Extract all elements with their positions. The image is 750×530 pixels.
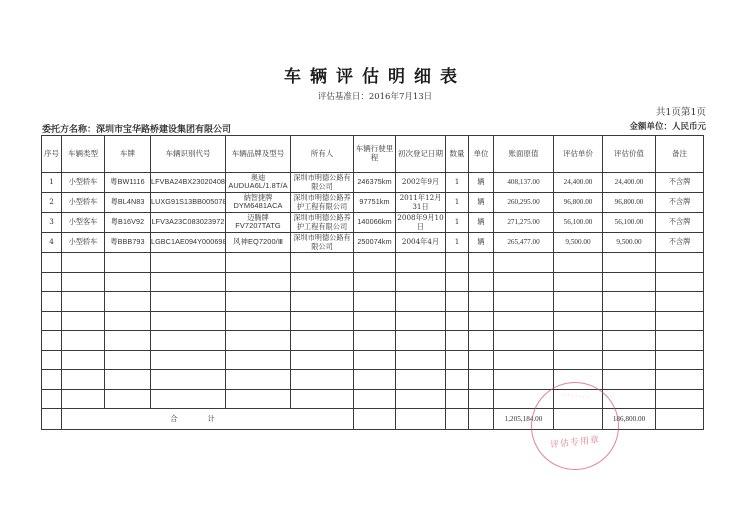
empty-cell <box>446 331 469 351</box>
empty-cell <box>291 311 354 331</box>
empty-row <box>42 253 704 273</box>
cell-unit-price: 9,500.00 <box>554 233 603 253</box>
empty-cell <box>62 331 105 351</box>
cell-mileage: 97751km <box>354 193 396 213</box>
empty-cell <box>226 350 291 370</box>
empty-cell <box>656 272 704 292</box>
column-header: 车辆品牌及型号 <box>226 136 291 173</box>
empty-cell <box>226 272 291 292</box>
column-header: 备注 <box>656 136 704 173</box>
base-date: 评估基准日：2016年7月13日 <box>0 90 750 102</box>
table-row: 3小型客车粤B16V92LFV3A23C083023972迈腾牌FV7207TA… <box>42 213 704 233</box>
total-qty <box>446 409 469 430</box>
empty-cell <box>354 331 396 351</box>
empty-cell <box>105 272 151 292</box>
empty-cell <box>446 350 469 370</box>
column-header: 初次登记日期 <box>396 136 446 173</box>
base-date-value: 2016年7月13日 <box>369 92 432 102</box>
cell-brand: 納智捷牌DYM6481ACA <box>226 193 291 213</box>
table-row: 2小型轿车粤BL4N83LUXG91S13BB005078納智捷牌DYM6481… <box>42 193 704 213</box>
empty-cell <box>396 311 446 331</box>
empty-cell <box>446 389 469 409</box>
cell-no: 4 <box>42 233 62 253</box>
empty-cell <box>226 292 291 312</box>
cell-vin: LUXG91S13BB005078 <box>151 193 226 213</box>
empty-cell <box>446 272 469 292</box>
currency-unit: 金额单位：人民币元 <box>629 120 706 132</box>
document-title: 车辆评估明细表 <box>0 62 750 87</box>
cell-book-value: 408,137.00 <box>494 173 554 193</box>
total-remark <box>656 409 704 430</box>
empty-cell <box>226 311 291 331</box>
empty-cell <box>396 253 446 273</box>
cell-qty: 1 <box>446 233 469 253</box>
empty-row <box>42 350 704 370</box>
empty-cell <box>656 370 704 390</box>
empty-cell <box>656 292 704 312</box>
total-reg-date <box>396 409 446 430</box>
cell-unit-price: 56,100.00 <box>554 213 603 233</box>
empty-cell <box>291 350 354 370</box>
empty-cell <box>151 272 226 292</box>
empty-cell <box>603 253 656 273</box>
total-unit <box>469 409 494 430</box>
empty-cell <box>469 389 494 409</box>
empty-cell <box>494 370 554 390</box>
empty-cell <box>105 370 151 390</box>
cell-book-value: 271,275.00 <box>494 213 554 233</box>
cell-unit: 辆 <box>469 193 494 213</box>
empty-cell <box>62 389 105 409</box>
empty-cell <box>554 272 603 292</box>
empty-cell <box>151 311 226 331</box>
cell-reg-date: 2008年9月10日 <box>396 213 446 233</box>
empty-cell <box>354 272 396 292</box>
empty-cell <box>554 253 603 273</box>
empty-cell <box>469 370 494 390</box>
vehicle-appraisal-table: 序号车辆类型车牌车辆识别代号车辆品牌及型号所有人车辆行驶里程初次登记日期数量单位… <box>41 135 704 430</box>
empty-cell <box>226 389 291 409</box>
cell-appraised-value: 96,800.00 <box>603 193 656 213</box>
column-header: 所有人 <box>291 136 354 173</box>
empty-cell <box>494 292 554 312</box>
cell-plate: 粤BW1116 <box>105 173 151 193</box>
empty-cell <box>603 370 656 390</box>
empty-cell <box>291 272 354 292</box>
cell-vin: LFVBA24BX23020408 <box>151 173 226 193</box>
column-header: 账面原值 <box>494 136 554 173</box>
empty-cell <box>42 292 62 312</box>
empty-cell <box>469 272 494 292</box>
empty-cell <box>469 350 494 370</box>
empty-cell <box>494 350 554 370</box>
cell-remark: 不含牌 <box>656 213 704 233</box>
client-value: 深圳市宝华路桥建设集团有限公司 <box>96 125 231 135</box>
brand-model: FV7207TATG <box>226 222 290 231</box>
empty-cell <box>396 292 446 312</box>
cell-brand: 风神EQ7200/Ⅲ <box>226 233 291 253</box>
empty-cell <box>603 292 656 312</box>
total-blank-no <box>42 409 62 430</box>
empty-cell <box>105 253 151 273</box>
brand-model: 风神EQ7200/Ⅲ <box>226 238 290 247</box>
empty-cell <box>554 292 603 312</box>
table-row: 4小型轿车粤BBB793LGBC1AE094Y000698风神EQ7200/Ⅲ深… <box>42 233 704 253</box>
table-row: 1小型轿车粤BW1116LFVBA24BX23020408奥迪AUDUA6L/1… <box>42 173 704 193</box>
cell-brand: 迈腾牌FV7207TATG <box>226 213 291 233</box>
cell-unit: 辆 <box>469 173 494 193</box>
empty-cell <box>291 389 354 409</box>
empty-cell <box>656 253 704 273</box>
empty-cell <box>396 272 446 292</box>
cell-owner: 深圳市明德公路养护工程有限公司 <box>291 213 354 233</box>
empty-cell <box>62 292 105 312</box>
empty-cell <box>656 311 704 331</box>
empty-cell <box>151 389 226 409</box>
empty-cell <box>469 292 494 312</box>
empty-cell <box>151 331 226 351</box>
empty-cell <box>494 311 554 331</box>
cell-appraised-value: 56,100.00 <box>603 213 656 233</box>
empty-cell <box>446 253 469 273</box>
cell-vin: LFV3A23C083023972 <box>151 213 226 233</box>
empty-cell <box>603 311 656 331</box>
empty-cell <box>446 370 469 390</box>
empty-row <box>42 331 704 351</box>
column-header: 单位 <box>469 136 494 173</box>
column-header: 车辆类型 <box>62 136 105 173</box>
empty-cell <box>291 292 354 312</box>
empty-cell <box>603 350 656 370</box>
empty-cell <box>469 253 494 273</box>
client-name: 委托方名称：深圳市宝华路桥建设集团有限公司 <box>42 122 231 135</box>
cell-unit-price: 24,400.00 <box>554 173 603 193</box>
empty-cell <box>105 311 151 331</box>
empty-cell <box>554 311 603 331</box>
empty-cell <box>396 350 446 370</box>
total-label: 合计 <box>62 409 354 430</box>
column-header: 评估单价 <box>554 136 603 173</box>
empty-cell <box>291 331 354 351</box>
empty-cell <box>42 370 62 390</box>
cell-type: 小型轿车 <box>62 233 105 253</box>
cell-remark: 不含牌 <box>656 173 704 193</box>
cell-unit-price: 96,800.00 <box>554 193 603 213</box>
cell-type: 小型客车 <box>62 213 105 233</box>
seal-arc-text: · · · · · · · <box>546 389 606 404</box>
empty-cell <box>226 370 291 390</box>
cell-unit: 辆 <box>469 233 494 253</box>
cell-plate: 粤B16V92 <box>105 213 151 233</box>
cell-appraised-value: 9,500.00 <box>603 233 656 253</box>
column-header: 序号 <box>42 136 62 173</box>
cell-book-value: 265,477.00 <box>494 233 554 253</box>
table-header-row: 序号车辆类型车牌车辆识别代号车辆品牌及型号所有人车辆行驶里程初次登记日期数量单位… <box>42 136 704 173</box>
empty-cell <box>226 253 291 273</box>
empty-cell <box>42 331 62 351</box>
empty-row <box>42 292 704 312</box>
empty-cell <box>105 350 151 370</box>
empty-cell <box>42 311 62 331</box>
cell-qty: 1 <box>446 193 469 213</box>
empty-cell <box>494 253 554 273</box>
empty-cell <box>62 253 105 273</box>
empty-cell <box>105 389 151 409</box>
empty-cell <box>354 370 396 390</box>
cell-qty: 1 <box>446 213 469 233</box>
empty-cell <box>656 350 704 370</box>
empty-cell <box>62 370 105 390</box>
empty-cell <box>42 253 62 273</box>
cell-reg-date: 2011年12月31日 <box>396 193 446 213</box>
empty-cell <box>396 370 446 390</box>
empty-cell <box>105 292 151 312</box>
cell-owner: 深圳市明德公路有限公司 <box>291 233 354 253</box>
cell-no: 2 <box>42 193 62 213</box>
empty-cell <box>105 331 151 351</box>
empty-cell <box>446 292 469 312</box>
empty-cell <box>554 331 603 351</box>
cell-brand: 奥迪AUDUA6L/1.8T/A <box>226 173 291 193</box>
page-info: 共1页第1页 <box>656 104 706 118</box>
empty-cell <box>469 311 494 331</box>
empty-row <box>42 311 704 331</box>
cell-type: 小型轿车 <box>62 193 105 213</box>
empty-cell <box>62 272 105 292</box>
cell-book-value: 260,295.00 <box>494 193 554 213</box>
cell-appraised-value: 24,400.00 <box>603 173 656 193</box>
cell-mileage: 140066km <box>354 213 396 233</box>
column-header: 数量 <box>446 136 469 173</box>
cell-qty: 1 <box>446 173 469 193</box>
empty-cell <box>603 331 656 351</box>
empty-cell <box>62 311 105 331</box>
empty-cell <box>354 311 396 331</box>
empty-cell <box>469 331 494 351</box>
empty-cell <box>603 272 656 292</box>
column-header: 评估价值 <box>603 136 656 173</box>
empty-row <box>42 370 704 390</box>
cell-plate: 粤BL4N83 <box>105 193 151 213</box>
empty-cell <box>354 253 396 273</box>
cell-remark: 不含牌 <box>656 233 704 253</box>
empty-cell <box>151 350 226 370</box>
cell-no: 3 <box>42 213 62 233</box>
cell-type: 小型轿车 <box>62 173 105 193</box>
appraisal-seal: · · · · · · · 评估专用章 <box>531 382 619 470</box>
cell-owner: 深圳市明德公路有限公司 <box>291 173 354 193</box>
cell-mileage: 246375km <box>354 173 396 193</box>
empty-cell <box>354 389 396 409</box>
empty-cell <box>494 272 554 292</box>
empty-cell <box>656 331 704 351</box>
empty-cell <box>42 389 62 409</box>
brand-model: DYM6481ACA <box>226 202 290 211</box>
cell-remark: 不含牌 <box>656 193 704 213</box>
cell-plate: 粤BBB793 <box>105 233 151 253</box>
cell-reg-date: 2002年9月 <box>396 173 446 193</box>
cell-reg-date: 2004年4月 <box>396 233 446 253</box>
empty-cell <box>494 331 554 351</box>
total-mileage <box>354 409 396 430</box>
empty-cell <box>446 311 469 331</box>
cell-vin: LGBC1AE094Y000698 <box>151 233 226 253</box>
empty-cell <box>291 370 354 390</box>
column-header: 车牌 <box>105 136 151 173</box>
cell-no: 1 <box>42 173 62 193</box>
column-header: 车辆行驶里程 <box>354 136 396 173</box>
column-header: 车辆识别代号 <box>151 136 226 173</box>
client-label: 委托方名称： <box>42 125 96 135</box>
empty-cell <box>656 389 704 409</box>
base-date-label: 评估基准日： <box>318 92 369 102</box>
empty-cell <box>42 272 62 292</box>
seal-text: 评估专用章 <box>532 431 619 453</box>
empty-cell <box>226 331 291 351</box>
empty-cell <box>42 350 62 370</box>
cell-mileage: 250074km <box>354 233 396 253</box>
empty-cell <box>554 350 603 370</box>
empty-row <box>42 272 704 292</box>
cell-owner: 深圳市明德公路养护工程有限公司 <box>291 193 354 213</box>
empty-cell <box>396 331 446 351</box>
cell-unit: 辆 <box>469 213 494 233</box>
empty-cell <box>62 350 105 370</box>
empty-cell <box>291 253 354 273</box>
brand-model: AUDUA6L/1.8T/A <box>226 182 290 191</box>
empty-cell <box>354 292 396 312</box>
empty-cell <box>354 350 396 370</box>
empty-cell <box>151 370 226 390</box>
empty-cell <box>151 253 226 273</box>
empty-cell <box>151 292 226 312</box>
empty-cell <box>396 389 446 409</box>
